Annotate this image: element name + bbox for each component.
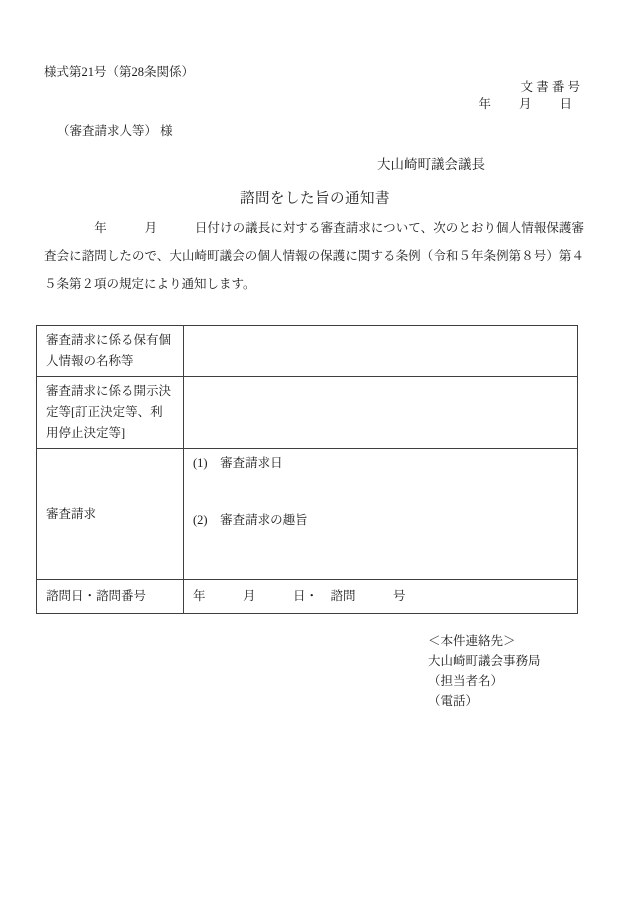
row-label-consultation: 諮問日・諮問番号 (37, 580, 184, 614)
row-label-review-request: 審査請求 (37, 449, 184, 580)
table-row-review-request: 審査請求 (1) 審査請求日 (2) 審査請求の趣旨 (37, 449, 578, 580)
row-value-review-request: (1) 審査請求日 (2) 審査請求の趣旨 (184, 449, 578, 580)
table-row-consultation: 諮問日・諮問番号 年 月 日・ 諮問 号 (37, 580, 578, 614)
table-row-held-personal-info: 審査請求に係る保有個人情報の名称等 (37, 326, 578, 377)
review-request-date-item: (1) 審査請求日 (193, 453, 569, 474)
notification-table: 審査請求に係る保有個人情報の名称等 審査請求に係る開示決定等[訂正決定等、利用停… (36, 325, 578, 614)
document-number-label: 文 書 番 号 (478, 79, 580, 96)
notification-document-page: 様式第21号（第28条関係） 文 書 番 号 年 月 日 （審査請求人等） 様 … (0, 0, 630, 903)
contact-block: ＜本件連絡先＞ 大山崎町議会事務局 （担当者名） （電話） (428, 631, 541, 711)
review-request-purpose-item: (2) 審査請求の趣旨 (193, 510, 569, 531)
row-value-held-personal-info (184, 326, 578, 377)
row-value-disclosure-decision (184, 377, 578, 449)
row-label-disclosure-decision: 審査請求に係る開示決定等[訂正決定等、利用停止決定等] (37, 377, 184, 449)
contact-office-line: 大山崎町議会事務局 (428, 651, 541, 671)
document-date-line: 年 月 日 (478, 96, 580, 113)
body-paragraph: 年 月 日付けの議長に対する審査請求について、次のとおり個人情報保護審査会に諮問… (44, 214, 584, 298)
form-number: 様式第21号（第28条関係） (44, 62, 194, 80)
contact-phone-line: （電話） (428, 691, 541, 711)
row-value-consultation: 年 月 日・ 諮問 号 (184, 580, 578, 614)
addressee-line: （審査請求人等） 様 (57, 121, 173, 139)
table-row-disclosure-decision: 審査請求に係る開示決定等[訂正決定等、利用停止決定等] (37, 377, 578, 449)
sender-title: 大山崎町議会議長 (377, 153, 485, 173)
contact-heading: ＜本件連絡先＞ (428, 631, 541, 651)
document-title: 諮問をした旨の通知書 (0, 187, 630, 208)
row-label-held-personal-info: 審査請求に係る保有個人情報の名称等 (37, 326, 184, 377)
contact-person-line: （担当者名） (428, 671, 541, 691)
document-number-block: 文 書 番 号 年 月 日 (478, 79, 580, 113)
